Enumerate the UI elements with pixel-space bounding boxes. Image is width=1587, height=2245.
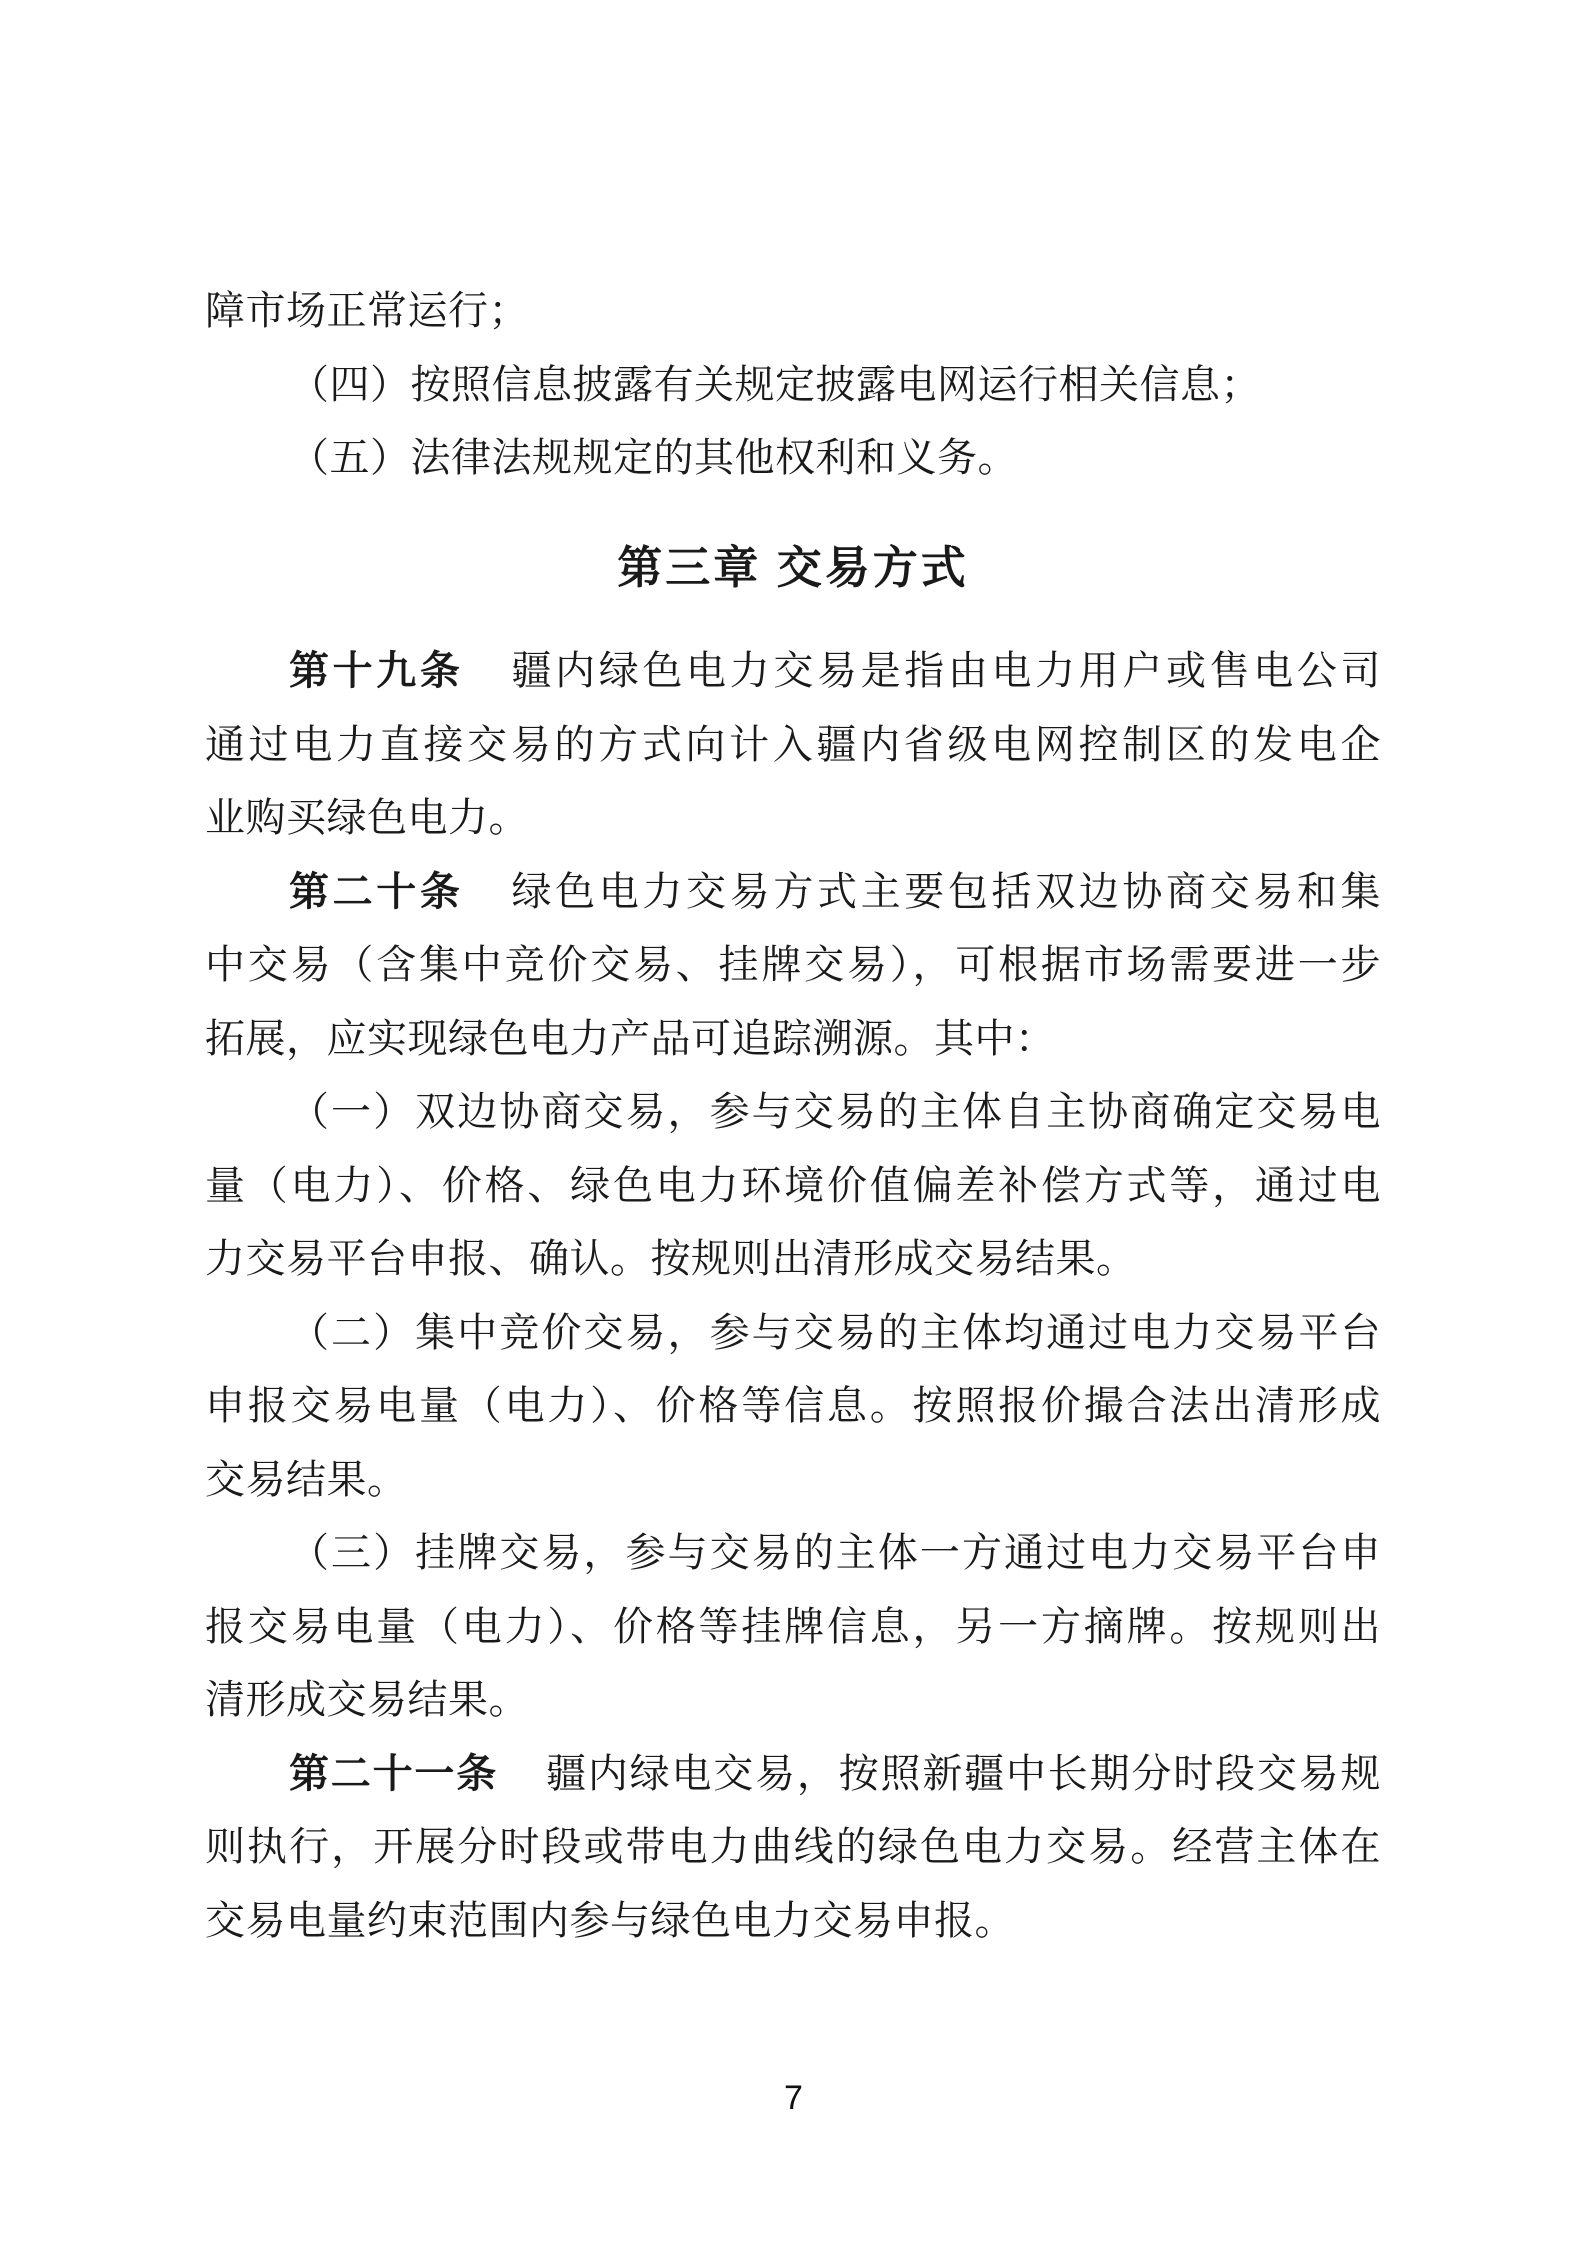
text-line: 清形成交易结果。 <box>205 1663 1381 1737</box>
article-number: 第二十一条 <box>289 1751 498 1796</box>
text-line: 则执行，开展分时段或带电力曲线的绿色电力交易。经营主体在 <box>205 1810 1381 1884</box>
text-line: 障市场正常运行； <box>205 274 1381 348</box>
text-line: 业购买绿色电力。 <box>205 781 1381 855</box>
article-text: 疆内绿电交易，按照新疆中长期分时段交易规 <box>546 1751 1381 1796</box>
document-page: 障市场正常运行； （四）按照信息披露有关规定披露电网运行相关信息； （五）法律法… <box>0 0 1587 2245</box>
list-item-four: （四）按照信息披露有关规定披露电网运行相关信息； <box>205 348 1381 422</box>
article-number: 第二十条 <box>289 869 464 914</box>
article-text: 疆内绿色电力交易是指由电力用户或售电公司 <box>512 648 1381 693</box>
page-number: 7 <box>0 2078 1587 2118</box>
text-line: （一）双边协商交易，参与交易的主体自主协商确定交易电 <box>205 1075 1381 1149</box>
text-line: 中交易（含集中竞价交易、挂牌交易），可根据市场需要进一步 <box>205 928 1381 1002</box>
list-item-three-listing: （三）挂牌交易，参与交易的主体一方通过电力交易平台申 报交易电量（电力）、价格等… <box>205 1516 1381 1737</box>
text-line: 通过电力直接交易的方式向计入疆内省级电网控制区的发电企 <box>205 708 1381 782</box>
text-line: （五）法律法规规定的其他权利和义务。 <box>205 421 1381 495</box>
text-line: 拓展，应实现绿色电力产品可追踪溯源。其中： <box>205 1002 1381 1076</box>
text-line: 交易电量约束范围内参与绿色电力交易申报。 <box>205 1884 1381 1958</box>
text-line: 量（电力）、价格、绿色电力环境价值偏差补偿方式等，通过电 <box>205 1149 1381 1223</box>
text-line: （四）按照信息披露有关规定披露电网运行相关信息； <box>205 348 1381 422</box>
text-line: 报交易电量（电力）、价格等挂牌信息，另一方摘牌。按规则出 <box>205 1590 1381 1664</box>
page-content: 障市场正常运行； （四）按照信息披露有关规定披露电网运行相关信息； （五）法律法… <box>205 274 1381 1957</box>
list-item-five: （五）法律法规规定的其他权利和义务。 <box>205 421 1381 495</box>
text-line: 交易结果。 <box>205 1443 1381 1517</box>
article-20-paragraph: 第二十条绿色电力交易方式主要包括双边协商交易和集 中交易（含集中竞价交易、挂牌交… <box>205 855 1381 1076</box>
text-line: 第二十条绿色电力交易方式主要包括双边协商交易和集 <box>205 855 1381 929</box>
chapter-heading: 第三章 交易方式 <box>205 531 1381 605</box>
article-text: 绿色电力交易方式主要包括双边协商交易和集 <box>512 869 1381 914</box>
list-item-two-bidding: （二）集中竞价交易，参与交易的主体均通过电力交易平台 申报交易电量（电力）、价格… <box>205 1296 1381 1517</box>
text-line: （三）挂牌交易，参与交易的主体一方通过电力交易平台申 <box>205 1516 1381 1590</box>
text-line: 申报交易电量（电力）、价格等信息。按照报价撮合法出清形成 <box>205 1369 1381 1443</box>
article-19-paragraph: 第十九条疆内绿色电力交易是指由电力用户或售电公司 通过电力直接交易的方式向计入疆… <box>205 634 1381 855</box>
article-21-paragraph: 第二十一条疆内绿电交易，按照新疆中长期分时段交易规 则执行，开展分时段或带电力曲… <box>205 1737 1381 1958</box>
text-line: 力交易平台申报、确认。按规则出清形成交易结果。 <box>205 1222 1381 1296</box>
paragraph-continued: 障市场正常运行； <box>205 274 1381 348</box>
text-line: （二）集中竞价交易，参与交易的主体均通过电力交易平台 <box>205 1296 1381 1370</box>
list-item-one-bilateral: （一）双边协商交易，参与交易的主体自主协商确定交易电 量（电力）、价格、绿色电力… <box>205 1075 1381 1296</box>
text-line: 第十九条疆内绿色电力交易是指由电力用户或售电公司 <box>205 634 1381 708</box>
article-number: 第十九条 <box>289 648 464 693</box>
text-line: 第二十一条疆内绿电交易，按照新疆中长期分时段交易规 <box>205 1737 1381 1811</box>
